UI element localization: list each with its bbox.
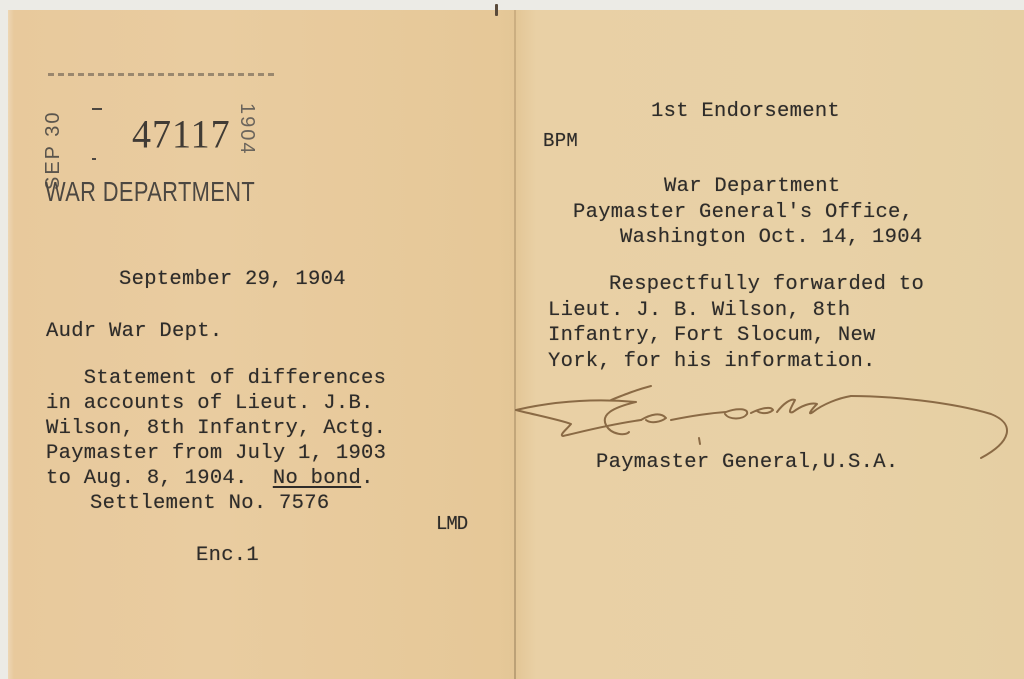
- body-line: Statement of differences: [46, 366, 386, 391]
- body-line: Paymaster from July 1, 1903: [46, 441, 386, 466]
- stamp-top-line: [48, 73, 278, 76]
- initials: LMD: [436, 512, 467, 537]
- body-line: to Aug. 8, 1904. No bond.: [46, 466, 374, 491]
- settlement-number: Settlement No. 7576: [90, 491, 329, 516]
- body-line: in accounts of Lieut. J.B.: [46, 391, 374, 416]
- endorsement-body-line: Lieut. J. B. Wilson, 8th: [548, 298, 850, 323]
- endorsement-body-line: York, for his information.: [548, 349, 876, 374]
- left-panel: SEP 30 47117 1904 WAR DEPARTMENT Septemb…: [8, 10, 515, 679]
- body-line: Wilson, 8th Infantry, Actg.: [46, 416, 386, 441]
- stamp-department: WAR DEPARTMENT: [45, 176, 255, 208]
- office-line: Washington Oct. 14, 1904: [620, 225, 922, 250]
- endorsement-body-line: Respectfully forwarded to: [609, 272, 924, 297]
- stamp-dash: [92, 108, 102, 110]
- no-bond-note: No bond: [273, 467, 361, 490]
- office-line: War Department: [664, 174, 840, 199]
- endorsement-body-line: Infantry, Fort Slocum, New: [548, 323, 876, 348]
- endorsement-heading: 1st Endorsement: [651, 99, 840, 124]
- reference-code: BPM: [543, 129, 578, 154]
- body-line-text: to Aug. 8, 1904.: [46, 467, 248, 490]
- stamp-year: 1904: [235, 103, 258, 156]
- document-sheet: SEP 30 47117 1904 WAR DEPARTMENT Septemb…: [8, 10, 1024, 679]
- handwritten-signature: [511, 380, 1021, 470]
- enclosure: Enc.1: [196, 543, 259, 568]
- letter-date: September 29, 1904: [119, 267, 346, 292]
- office-line: Paymaster General's Office,: [573, 200, 913, 225]
- right-panel: 1st Endorsement BPM War Department Payma…: [515, 10, 1024, 679]
- stamp-dash: [92, 158, 96, 160]
- addressee: Audr War Dept.: [46, 319, 222, 344]
- no-bond-period: .: [361, 467, 374, 490]
- stamp-number: 47117: [132, 112, 231, 158]
